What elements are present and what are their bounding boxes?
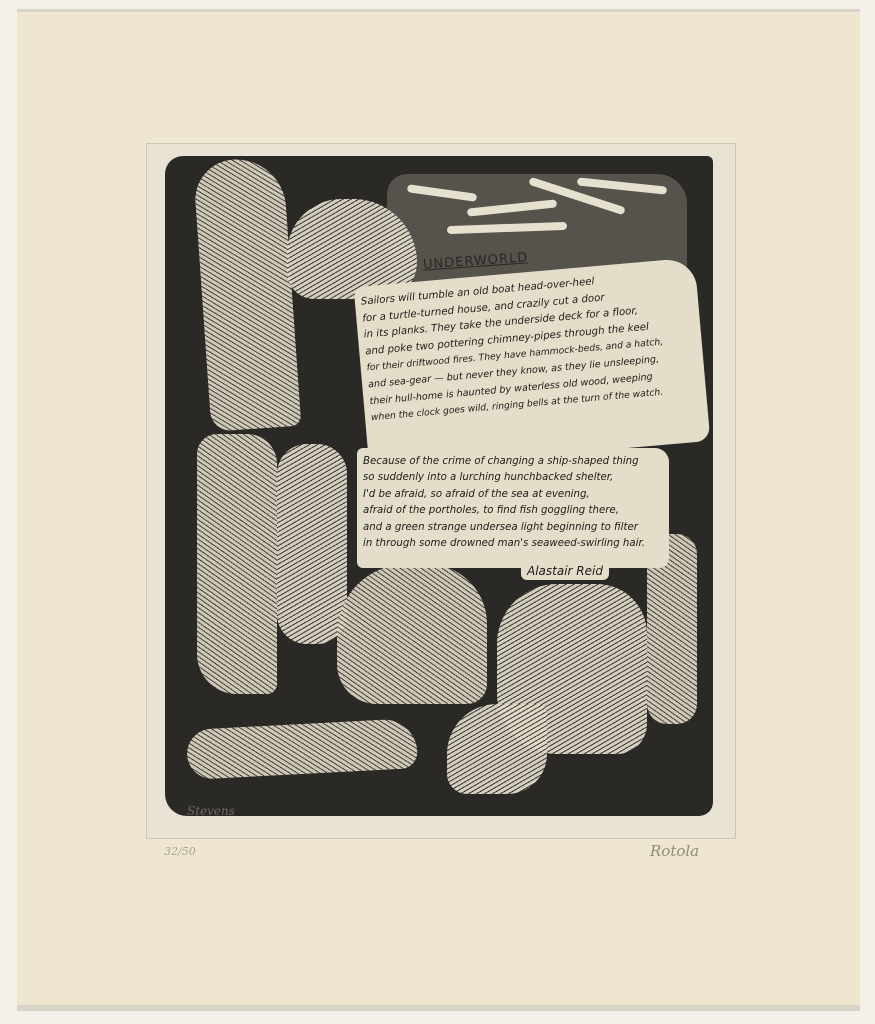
poem-line: I'd be afraid, so afraid of the sea at e… [363, 487, 663, 503]
poem-line: in through some drowned man's seaweed-sw… [363, 536, 663, 552]
crab-form-left [337, 564, 487, 704]
poem-line: and a green strange undersea light begin… [363, 520, 663, 536]
pencil-signature: Rotola [650, 842, 699, 860]
poem-line: afraid of the portholes, to find fish go… [363, 503, 663, 519]
poem-line: so suddenly into a lurching hunchbacked … [363, 470, 663, 486]
poem-line: Because of the crime of changing a ship-… [363, 454, 663, 470]
poet-credit: Alastair Reid [521, 562, 609, 580]
fan-shell [447, 704, 547, 794]
etching-plate: UNDERWORLD Sailors will tumble an old bo… [146, 143, 736, 839]
edition-number: 32/50 [164, 845, 196, 858]
lower-left-figure [197, 434, 277, 694]
plate-signature: Stevens [187, 804, 235, 818]
poem-panel-lower: Because of the crime of changing a ship-… [357, 448, 669, 568]
curved-column [277, 444, 347, 644]
poem-panel-upper: Sailors will tumble an old boat head-ove… [354, 257, 711, 470]
